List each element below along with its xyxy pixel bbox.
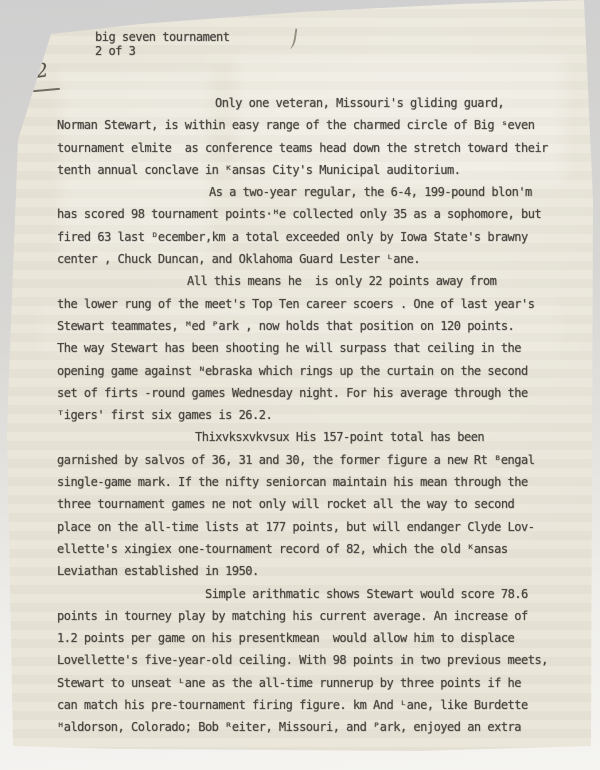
body-line: Leviathan established in 1950. — [57, 560, 587, 582]
body-line: tenth annual conclave in ᴷansas City's M… — [57, 159, 587, 181]
body-line: ᵀigers' first six games is 26.2. — [57, 404, 587, 426]
body-line: Thixvksxvkvsux His 157-point total has b… — [57, 426, 587, 448]
body-line: Only one veteran, Missouri's gliding gua… — [57, 92, 587, 114]
handwritten-page-number: 2 — [35, 59, 50, 82]
body-line: three tournament games ne not only will … — [57, 493, 587, 515]
body-line: opening game against ᴺebraska which ring… — [57, 360, 587, 382]
page-header: big seven tournament2 of 3 — [95, 30, 230, 58]
page-number-underline — [33, 88, 60, 92]
body-line: center , Chuck Duncan, and Oklahoma Guar… — [57, 248, 587, 270]
header-line-2: 2 of 3 — [95, 44, 135, 58]
body-text: Only one veteran, Missouri's gliding gua… — [57, 92, 587, 739]
body-line: set of firts -round games Wednesday nigh… — [57, 382, 587, 404]
body-line: fired 63 last ᴰecember,km a total exceed… — [57, 226, 587, 248]
pencil-slash-mark — [286, 27, 298, 49]
body-line: garnished by salvos of 36, 31 and 30, th… — [57, 449, 587, 471]
scanned-document-page: { "document": { "header": { "line1": "bi… — [0, 0, 600, 770]
body-line: Stewart teammates, ᴹed ᴾark , now holds … — [57, 315, 587, 337]
body-line: Stewart to unseat ᴸane as the all-time r… — [57, 672, 587, 694]
body-line: Simple arithmatic shows Stewart would sc… — [57, 583, 587, 605]
body-line: has scored 98 tournament points·ᴴe colle… — [57, 203, 587, 225]
body-line: Lovellette's five-year-old ceiling. With… — [57, 649, 587, 671]
body-line: As a two-year regular, the 6-4, 199-poun… — [57, 181, 587, 203]
paper-sheet: big seven tournament2 of 3 2 Only one ve… — [0, 0, 600, 770]
body-line: ellette's xingiex one-tournament record … — [57, 538, 587, 560]
body-line: single-game mark. If the nifty seniorcan… — [57, 471, 587, 493]
body-line: tournament elmite as conference teams he… — [57, 137, 587, 159]
body-line: points in tourney play by matching his c… — [57, 605, 587, 627]
body-line: the lower rung of the meet's Top Ten car… — [57, 293, 587, 315]
body-line: ᴴaldorson, Colorado; Bob ᴿeiter, Missour… — [57, 716, 587, 738]
body-line: place on the all-time lists at 177 point… — [57, 516, 587, 538]
body-line: 1.2 points per game on his presentkmean … — [57, 627, 587, 649]
body-line: can match his pre-tournament firing figu… — [57, 694, 587, 716]
body-line: Norman Stewart, is within easy range of … — [57, 114, 587, 136]
body-line: The way Stewart has been shooting he wil… — [57, 337, 587, 359]
header-line-1: big seven tournament — [95, 30, 230, 44]
body-line: All this means he is only 22 points away… — [57, 270, 587, 292]
